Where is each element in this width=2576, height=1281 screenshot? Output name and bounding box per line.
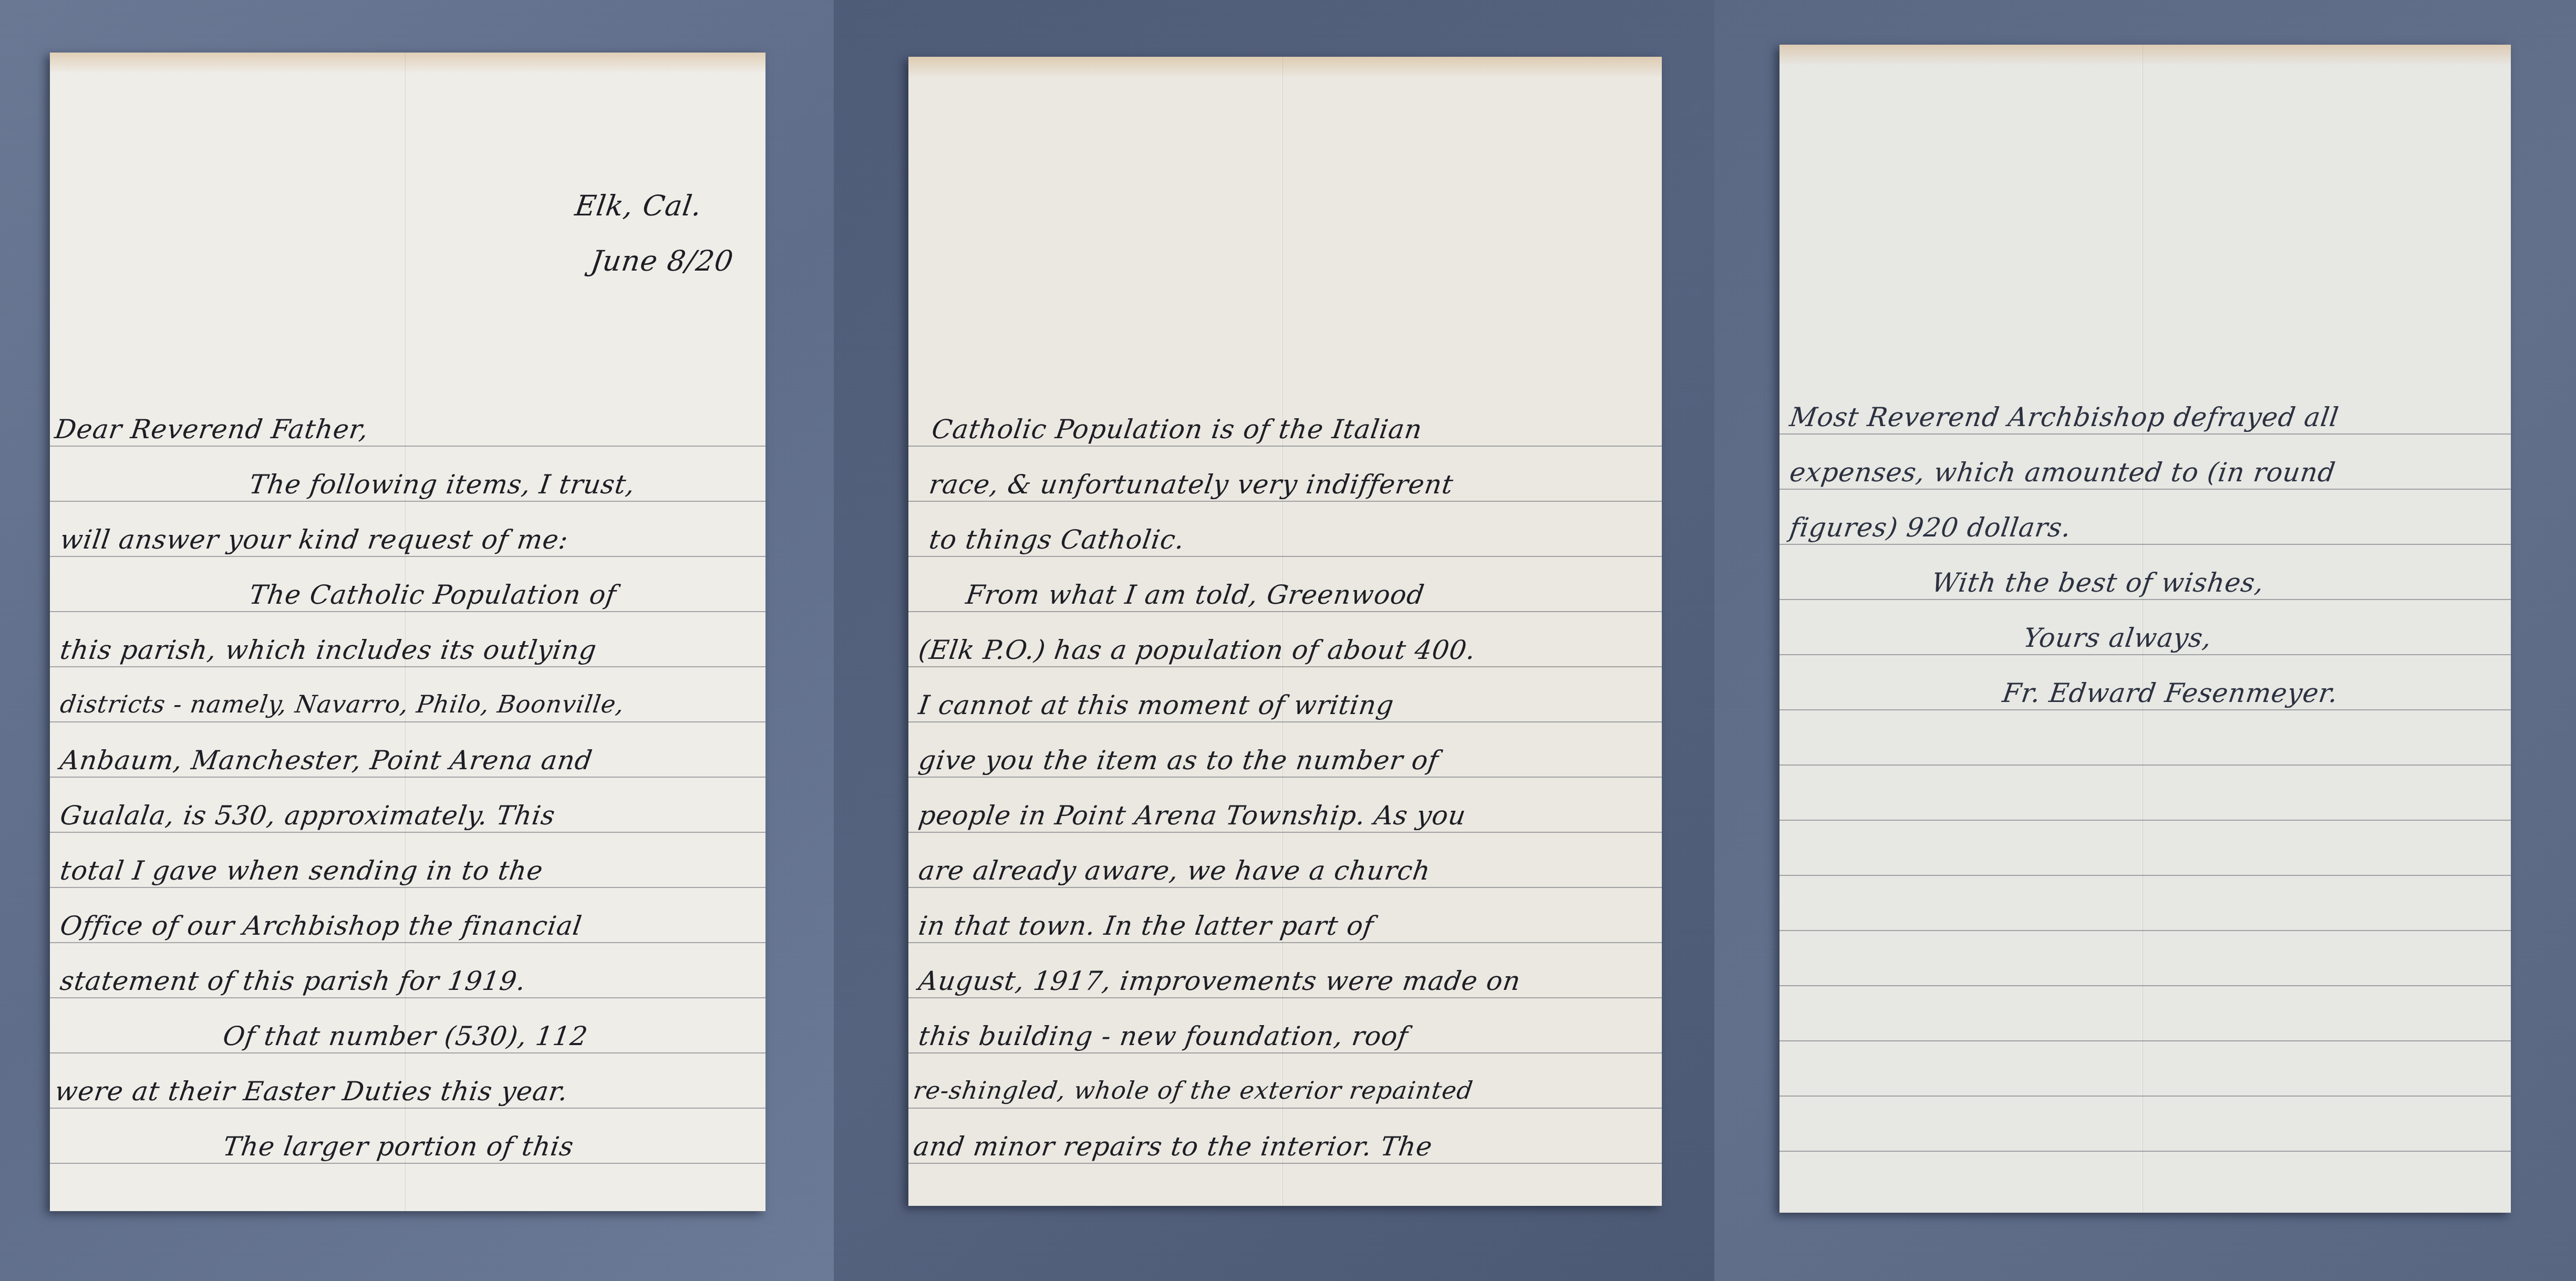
closing: With the best of wishes, bbox=[1930, 567, 2266, 598]
rule-line bbox=[50, 666, 765, 667]
letter-line: The larger portion of this bbox=[221, 1131, 576, 1162]
letter-line: August, 1917, improvements were made on bbox=[917, 966, 1523, 996]
valediction: Yours always, bbox=[2022, 623, 2214, 653]
letter-line: people in Point Arena Township. As you bbox=[917, 800, 1468, 831]
rule-line bbox=[908, 777, 1662, 778]
rule-line bbox=[50, 832, 765, 833]
rule-line bbox=[1780, 820, 2511, 821]
letter-line: Office of our Archbishop the financial bbox=[58, 911, 584, 941]
rule-line bbox=[50, 721, 765, 722]
letter-line: I cannot at this moment of writing bbox=[917, 690, 1396, 720]
rule-line bbox=[50, 997, 765, 998]
letter-line: districts - namely, Navarro, Philo, Boon… bbox=[58, 690, 626, 718]
rule-line bbox=[50, 446, 765, 447]
letter-line: re-shingled, whole of the exterior repai… bbox=[912, 1076, 1475, 1104]
letter-line: The Catholic Population of bbox=[247, 580, 618, 610]
rule-line bbox=[50, 501, 765, 502]
letter-page-2: Catholic Population is of the Italian ra… bbox=[908, 57, 1662, 1206]
salutation: Dear Reverend Father, bbox=[53, 414, 370, 445]
rule-line bbox=[50, 777, 765, 778]
letter-line: Catholic Population is of the Italian bbox=[930, 414, 1424, 445]
letter-line: total I gave when sending in to the bbox=[58, 855, 545, 886]
rule-line bbox=[1780, 433, 2511, 435]
rule-line bbox=[1780, 709, 2511, 710]
rule-line bbox=[1780, 1151, 2511, 1152]
letter-line: were at their Easter Duties this year. bbox=[53, 1076, 570, 1107]
letter-line: From what I am told, Greenwood bbox=[964, 580, 1426, 610]
rule-line bbox=[908, 997, 1662, 998]
rule-line bbox=[908, 556, 1662, 557]
rule-line bbox=[50, 556, 765, 557]
rule-line bbox=[908, 611, 1662, 612]
letter-line: figures) 920 dollars. bbox=[1788, 512, 2073, 543]
rule-line bbox=[50, 1163, 765, 1164]
rule-line bbox=[908, 721, 1662, 722]
rule-line bbox=[908, 832, 1662, 833]
rule-line bbox=[908, 1163, 1662, 1164]
letter-line: in that town. In the latter part of bbox=[917, 911, 1376, 941]
letter-line: and minor repairs to the interior. The bbox=[912, 1131, 1434, 1162]
rule-line bbox=[1780, 599, 2511, 600]
letter-line: (Elk P.O.) has a population of about 400… bbox=[917, 635, 1478, 665]
rule-line bbox=[50, 611, 765, 612]
rule-line bbox=[908, 942, 1662, 943]
letter-page-1: Elk, Cal. June 8/20 Dear Reverend Father… bbox=[50, 53, 765, 1211]
letter-line: Of that number (530), 112 bbox=[221, 1021, 590, 1051]
letter-line: are already aware, we have a church bbox=[917, 855, 1433, 886]
rule-line bbox=[1780, 875, 2511, 876]
rule-line bbox=[50, 1108, 765, 1109]
rule-line bbox=[908, 1052, 1662, 1053]
letter-line: this building - new foundation, roof bbox=[917, 1021, 1410, 1051]
letter-page-3: Most Reverend Archbishop defrayed all ex… bbox=[1780, 45, 2511, 1213]
rule-line bbox=[908, 1108, 1662, 1109]
letter-place: Elk, Cal. bbox=[573, 189, 705, 222]
rule-line bbox=[1780, 654, 2511, 655]
letter-line: The following items, I trust, bbox=[247, 469, 637, 500]
rule-line bbox=[50, 1052, 765, 1053]
letter-line: give you the item as to the number of bbox=[917, 745, 1441, 776]
letter-line: statement of this parish for 1919. bbox=[58, 966, 528, 996]
signature: Fr. Edward Fesenmeyer. bbox=[2001, 678, 2340, 708]
rule-line bbox=[1780, 544, 2511, 545]
rule-line bbox=[1780, 985, 2511, 986]
rule-line bbox=[908, 666, 1662, 667]
rule-line bbox=[50, 942, 765, 943]
letter-line: Most Reverend Archbishop defrayed all bbox=[1788, 402, 2341, 432]
rule-line bbox=[908, 501, 1662, 502]
rule-line bbox=[1780, 930, 2511, 931]
rule-line bbox=[1780, 489, 2511, 490]
rule-line bbox=[1780, 765, 2511, 766]
rule-line bbox=[1780, 1040, 2511, 1041]
rule-line bbox=[1780, 1096, 2511, 1097]
letter-line: this parish, which includes its outlying bbox=[58, 635, 598, 665]
letter-line: race, & unfortunately very indifferent bbox=[927, 469, 1455, 500]
letter-line: Anbaum, Manchester, Point Arena and bbox=[58, 745, 595, 776]
letter-line: will answer your kind request of me: bbox=[58, 524, 571, 555]
rule-line bbox=[908, 887, 1662, 888]
letter-date: June 8/20 bbox=[589, 244, 736, 277]
letter-line: Gualala, is 530, approximately. This bbox=[58, 800, 557, 831]
rule-line bbox=[908, 446, 1662, 447]
rule-line bbox=[50, 887, 765, 888]
letter-line: to things Catholic. bbox=[927, 524, 1187, 555]
letter-line: expenses, which amounted to (in round bbox=[1788, 457, 2337, 488]
